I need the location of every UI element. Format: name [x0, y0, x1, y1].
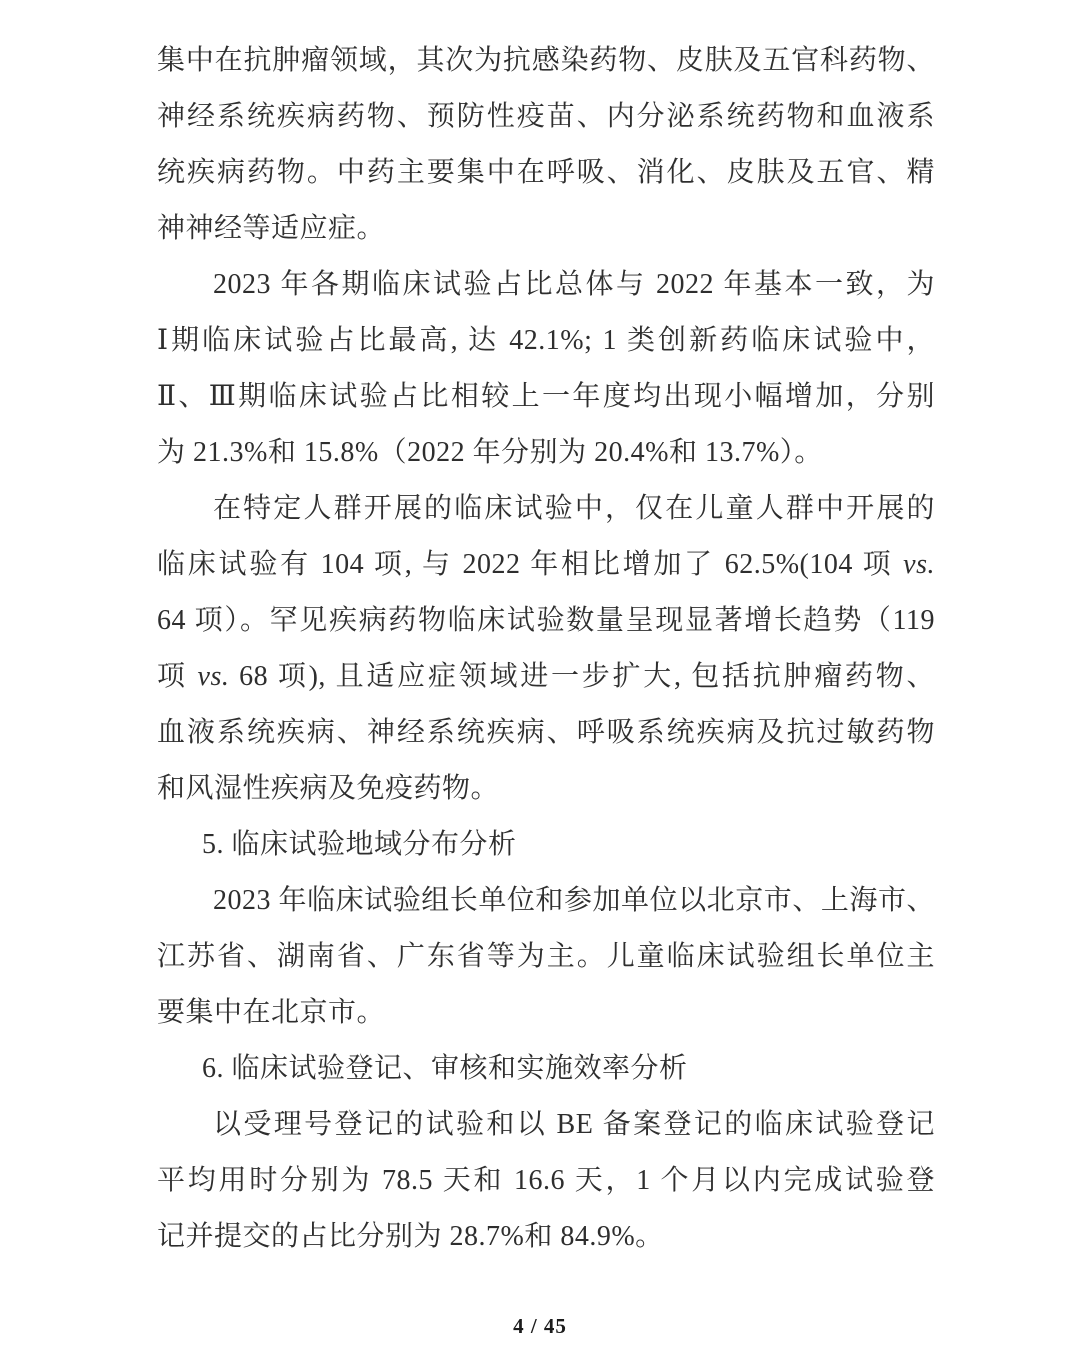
paragraph-line: 在特定人群开展的临床试验中，仅在儿童人群中开展的: [157, 481, 935, 537]
section-heading: 6. 临床试验登记、审核和实施效率分析: [157, 1041, 935, 1097]
paragraph-line: Ⅰ期临床试验占比最高, 达 42.1%; 1 类创新药临床试验中，: [157, 313, 935, 369]
paragraph-line: 血液系统疾病、神经系统疾病、呼吸系统疾病及抗过敏药物: [157, 705, 935, 761]
paragraph-line: 集中在抗肿瘤领域，其次为抗感染药物、皮肤及五官科药物、: [157, 33, 935, 89]
paragraph-line: 神神经等适应症。: [157, 201, 935, 257]
paragraph-line: 统疾病药物。中药主要集中在呼吸、消化、皮肤及五官、精: [157, 145, 935, 201]
paragraph-line: 临床试验有 104 项, 与 2022 年相比增加了 62.5%(104 项 v…: [157, 537, 935, 593]
paragraph-line: 2023 年临床试验组长单位和参加单位以北京市、上海市、: [157, 873, 935, 929]
paragraph-text-run: 项: [157, 661, 198, 692]
paragraph-line: 江苏省、湖南省、广东省等为主。儿童临床试验组长单位主: [157, 929, 935, 985]
paragraph-line: 为 21.3%和 15.8%（2022 年分别为 20.4%和 13.7%）。: [157, 425, 935, 481]
paragraph-line: 以受理号登记的试验和以 BE 备案登记的临床试验登记: [157, 1097, 935, 1153]
page-body-text: 集中在抗肿瘤领域，其次为抗感染药物、皮肤及五官科药物、 神经系统疾病药物、预防性…: [157, 33, 935, 1265]
vs-italic-text: vs.: [198, 661, 230, 692]
paragraph-line: 平均用时分别为 78.5 天和 16.6 天，1 个月以内完成试验登: [157, 1153, 935, 1209]
paragraph-line: 64 项）。罕见疾病药物临床试验数量呈现显著增长趋势（119: [157, 593, 935, 649]
vs-italic-text: vs.: [903, 549, 935, 580]
page-number: 4 / 45: [0, 1314, 1080, 1339]
paragraph-text-run: 临床试验有 104 项, 与 2022 年相比增加了 62.5%(104 项: [157, 549, 903, 580]
paragraph-line: 2023 年各期临床试验占比总体与 2022 年基本一致，为: [157, 257, 935, 313]
paragraph-line: 和风湿性疾病及免疫药物。: [157, 761, 935, 817]
paragraph-text-run: 68 项), 且适应症领域进一步扩大, 包括抗肿瘤药物、: [229, 661, 935, 692]
paragraph-line: 神经系统疾病药物、预防性疫苗、内分泌系统药物和血液系: [157, 89, 935, 145]
section-heading: 5. 临床试验地域分布分析: [157, 817, 935, 873]
paragraph-line: 要集中在北京市。: [157, 985, 935, 1041]
document-page: 集中在抗肿瘤领域，其次为抗感染药物、皮肤及五官科药物、 神经系统疾病药物、预防性…: [0, 0, 1080, 1361]
paragraph-line: 项 vs. 68 项), 且适应症领域进一步扩大, 包括抗肿瘤药物、: [157, 649, 935, 705]
paragraph-line: 记并提交的占比分别为 28.7%和 84.9%。: [157, 1209, 935, 1265]
paragraph-line: Ⅱ、Ⅲ期临床试验占比相较上一年度均出现小幅增加，分别: [157, 369, 935, 425]
